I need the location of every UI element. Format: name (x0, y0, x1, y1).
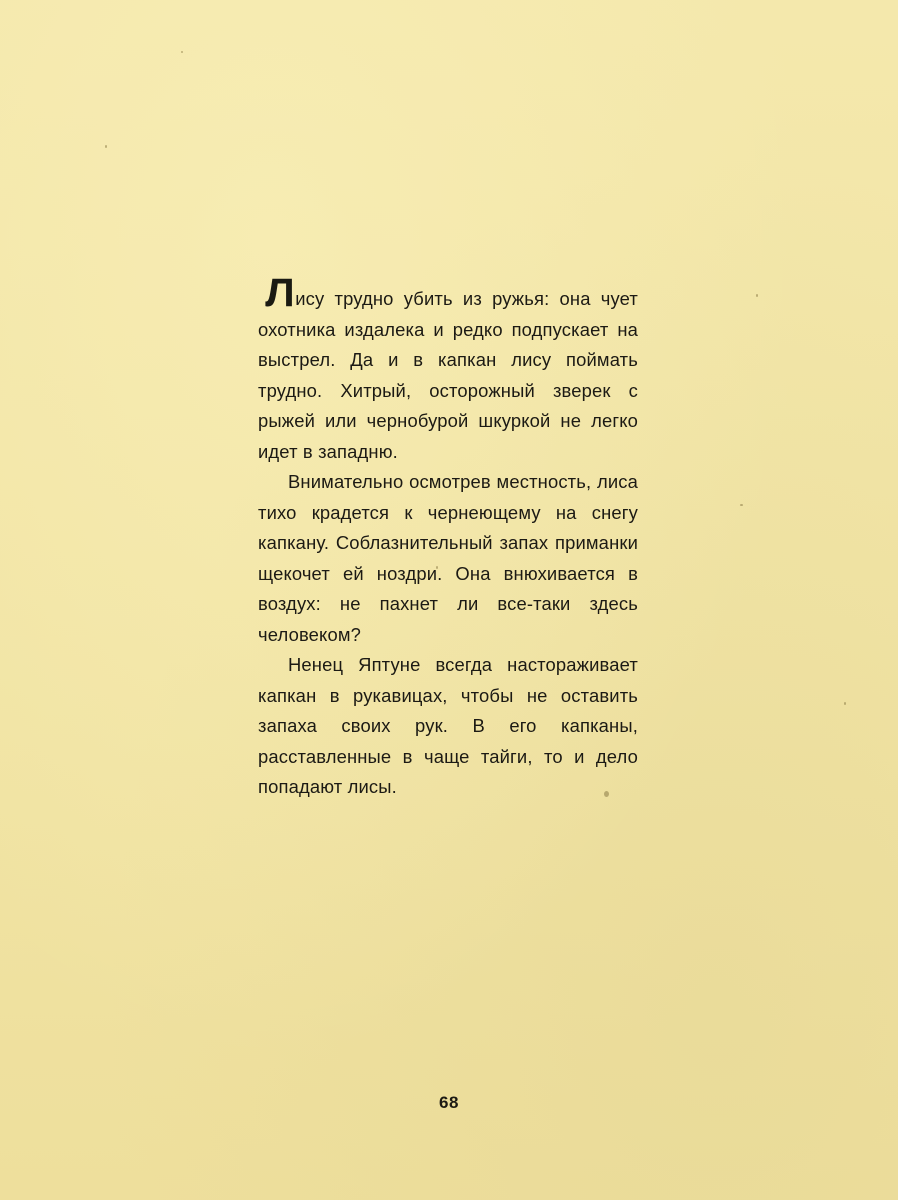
book-page: Лису трудно убить из ружья: она чует охо… (0, 0, 898, 1200)
paper-speck (105, 145, 107, 148)
paper-speck (740, 504, 743, 506)
drop-cap: Л (265, 278, 295, 308)
paragraph-1: Лису трудно убить из ружья: она чует охо… (258, 278, 638, 467)
paper-speck (756, 294, 758, 297)
paragraph-2: Внимательно осмотрев местность, лиса тих… (258, 467, 638, 650)
paper-speck (181, 51, 183, 53)
body-text: Лису трудно убить из ружья: она чует охо… (258, 278, 638, 803)
paragraph-3: Ненец Яптуне всегда настораживает капкан… (258, 650, 638, 803)
paper-speck (844, 702, 846, 705)
page-number: 68 (0, 1093, 898, 1113)
paragraph-1-text: ису трудно убить из ружья: она чует охот… (258, 288, 638, 462)
